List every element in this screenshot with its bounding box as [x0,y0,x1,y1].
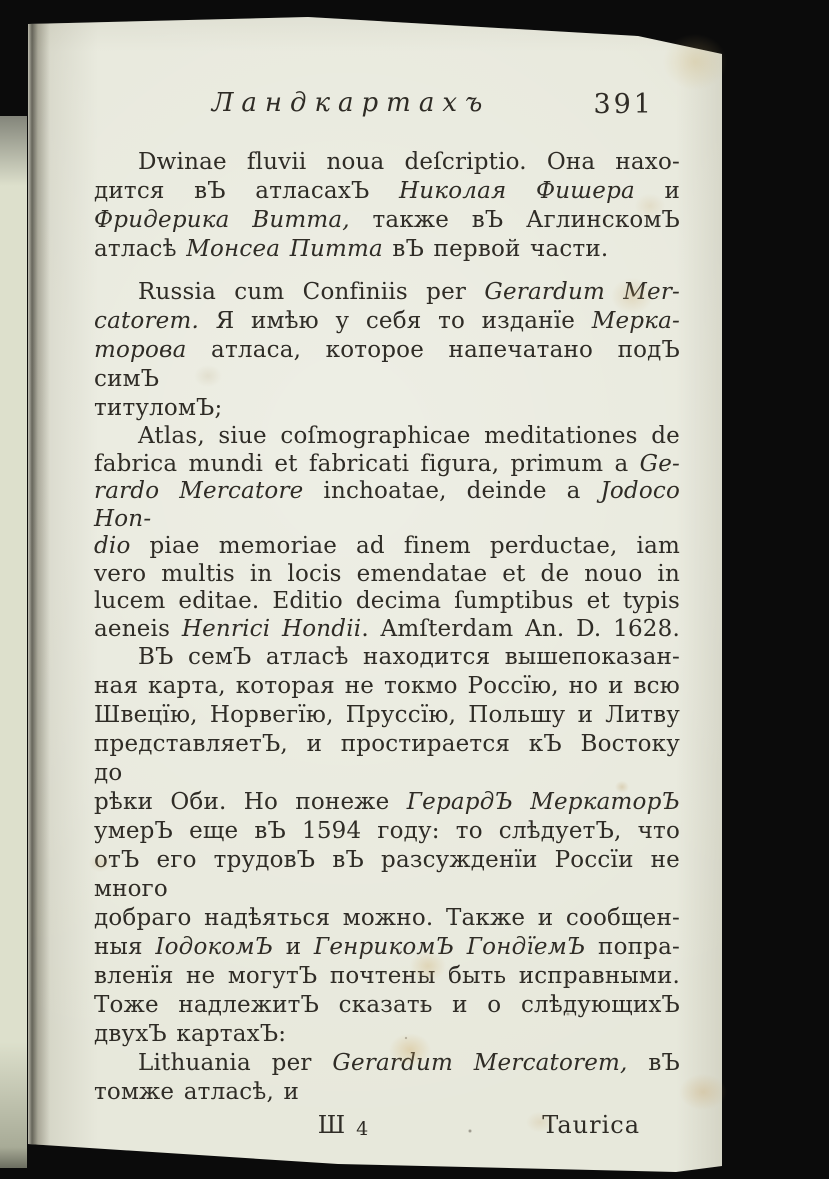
text-line: двухЪ картахЪ: [94,1020,680,1049]
text-run: lucem editae. Editio decima ſumptibus et… [94,588,680,614]
text-body: Dwinae fluvii noua deſcriptio. Она нахо-… [94,148,680,1107]
italic-run: Николая Фишера [399,178,635,204]
text-line: ныя ІодокомЪ и ГенрикомЪ ГондїемЪ попра- [94,933,680,962]
text-run: вленїя не могутЪ почтены быть исправными… [94,963,680,989]
running-title: Ландкартахъ [58,88,644,118]
text-line: ВЪ семЪ атласѣ находится вышепоказан- [94,643,680,672]
text-run: Швецїю, Норвегїю, Пруссїю, Польшу и Литв… [94,702,680,728]
page-number: 391 [593,89,654,120]
photo-backdrop: Ландкартахъ 391 Dwinae fluvii noua deſcr… [0,0,829,1179]
catchword: Taurica [542,1111,640,1139]
text-line: отЪ его трудовЪ вЪ разсужденїи Россїи не… [94,846,680,904]
italic-run: Gerardum Mercatorem, [332,1050,627,1076]
text-run: Я имѣю у себя то изданїе [199,308,592,334]
text-run: и [273,934,314,960]
paragraph-4: ВЪ семЪ атласѣ находится вышепоказан-ная… [94,643,680,1049]
text-run: добраго надѣяться можно. Также и сообщен… [94,905,680,931]
text-run: . Amſterdam An. D. 1628. [361,616,680,642]
text-line: добраго надѣяться можно. Также и сообщен… [94,904,680,933]
page-footer: Ш4 Taurica [94,1111,680,1145]
text-line: торова атласа, которое напечатано подЪ с… [94,336,680,394]
text-run: вЪ [628,1050,680,1076]
text-line: dio piae memoriae ad finem perductae, ia… [94,533,680,561]
text-run: Russia cum Confiniis per [138,279,484,305]
text-run: Lithuania per [138,1050,332,1076]
text-line: титуломЪ; [94,394,680,423]
paragraph-1: Dwinae fluvii noua deſcriptio. Она нахо-… [94,148,680,264]
text-run: vero multis in locis emendatae et de nou… [94,561,680,587]
text-run: Dwinae fluvii noua deſcriptio. Она нахо- [138,149,680,175]
text-line: атласѣ Монсеа Питта вЪ первой части. [94,235,680,264]
text-line: Швецїю, Норвегїю, Пруссїю, Польшу и Литв… [94,701,680,730]
italic-run: Gerardum Mer- [484,279,680,305]
underlying-page-edge [0,116,27,1168]
text-line: aeneis Henrici Hondii. Amſterdam An. D. … [94,616,680,644]
text-run: умерЪ еще вЪ 1594 году: то слѣдуетЪ, что [94,818,680,844]
text-line: умерЪ еще вЪ 1594 году: то слѣдуетЪ, что [94,817,680,846]
paragraph-3: Atlas, siue coſmographicae meditationes … [94,423,680,643]
text-run: попра- [585,934,680,960]
italic-run: ІодокомЪ [155,934,273,960]
italic-run: dio [94,533,131,559]
text-line: рѣки Оби. Но понеже ГерардЪ МеркаторЪ [94,788,680,817]
text-line: Фридерика Витта, также вЪ АглинскомЪ [94,206,680,235]
text-run: piae memoriae ad finem perductae, iam [131,533,680,559]
italic-run: ГерардЪ МеркаторЪ [407,789,680,815]
text-run: Тоже надлежитЪ сказать и о слѣдующихЪ [94,992,680,1018]
text-run: рѣки Оби. Но понеже [94,789,407,815]
italic-run: торова [94,337,187,363]
text-line: lucem editae. Editio decima ſumptibus et… [94,588,680,616]
text-run: титуломЪ; [94,395,222,421]
page-header: Ландкартахъ 391 [94,88,680,136]
text-line: ная карта, которая не токмо Россїю, но и… [94,672,680,701]
italic-run: Henrici Hondii [182,616,362,642]
text-run: также вЪ АглинскомЪ [350,207,680,233]
italic-run: ГенрикомЪ ГондїемЪ [314,934,586,960]
paragraph-5: Lithuania per Gerardum Mercatorem, вЪтом… [94,1049,680,1107]
italic-run: Мерка- [592,308,680,334]
text-line: Тоже надлежитЪ сказать и о слѣдующихЪ [94,991,680,1020]
text-run: ная карта, которая не токмо Россїю, но и… [94,673,680,699]
text-run: ныя [94,934,155,960]
text-run: атласѣ [94,236,186,262]
italic-run: Фридерика Витта, [94,207,350,233]
text-run: вЪ первой части. [383,236,609,262]
text-line: fabrica mundi et fabricati figura, primu… [94,451,680,479]
text-line: rardo Mercatore inchoatae, deinde a Jodo… [94,478,680,533]
text-line: представляетЪ, и простирается кЪ Востоку… [94,730,680,788]
paragraph-2: Russia cum Confiniis per Gerardum Mer-ca… [94,278,680,423]
text-run: fabrica mundi et fabricati figura, primu… [94,451,640,477]
text-run: двухЪ картахЪ: [94,1021,286,1047]
text-line: vero multis in locis emendatae et de nou… [94,561,680,589]
text-line: Atlas, siue coſmographicae meditationes … [94,423,680,451]
fore-edge-page-stack [710,24,804,1176]
text-run: дится вЪ атласахЪ [94,178,399,204]
signature-number: 4 [356,1118,368,1140]
text-line: томже атласѣ, и [94,1078,680,1107]
signature-letter: Ш [318,1111,345,1139]
text-line: Russia cum Confiniis per Gerardum Mer- [94,278,680,307]
text-line: catorem. Я имѣю у себя то изданїе Мерка- [94,307,680,336]
book-page: Ландкартахъ 391 Dwinae fluvii noua deſcr… [28,12,722,1172]
text-run: ВЪ семЪ атласѣ находится вышепоказан- [138,644,680,670]
italic-run: rardo Mercatore [94,478,303,504]
page-content: Ландкартахъ 391 Dwinae fluvii noua deſcr… [94,88,680,1145]
text-run: Atlas, siue coſmographicae meditationes … [138,423,680,449]
text-line: вленїя не могутЪ почтены быть исправными… [94,962,680,991]
text-run: томже атласѣ, и [94,1079,299,1105]
text-run: aeneis [94,616,182,642]
text-line: Lithuania per Gerardum Mercatorem, вЪ [94,1049,680,1078]
text-run: представляетЪ, и простирается кЪ Востоку… [94,731,680,786]
italic-run: catorem. [94,308,199,334]
text-run: и [635,178,680,204]
text-run: inchoatae, deinde a [303,478,600,504]
italic-run: Монсеа Питта [186,236,383,262]
gutter-crease [28,12,50,1172]
text-line: дится вЪ атласахЪ Николая Фишера и [94,177,680,206]
italic-run: Ge- [640,451,680,477]
text-line: Dwinae fluvii noua deſcriptio. Она нахо- [94,148,680,177]
text-run: отЪ его трудовЪ вЪ разсужденїи Россїи не… [94,847,680,902]
